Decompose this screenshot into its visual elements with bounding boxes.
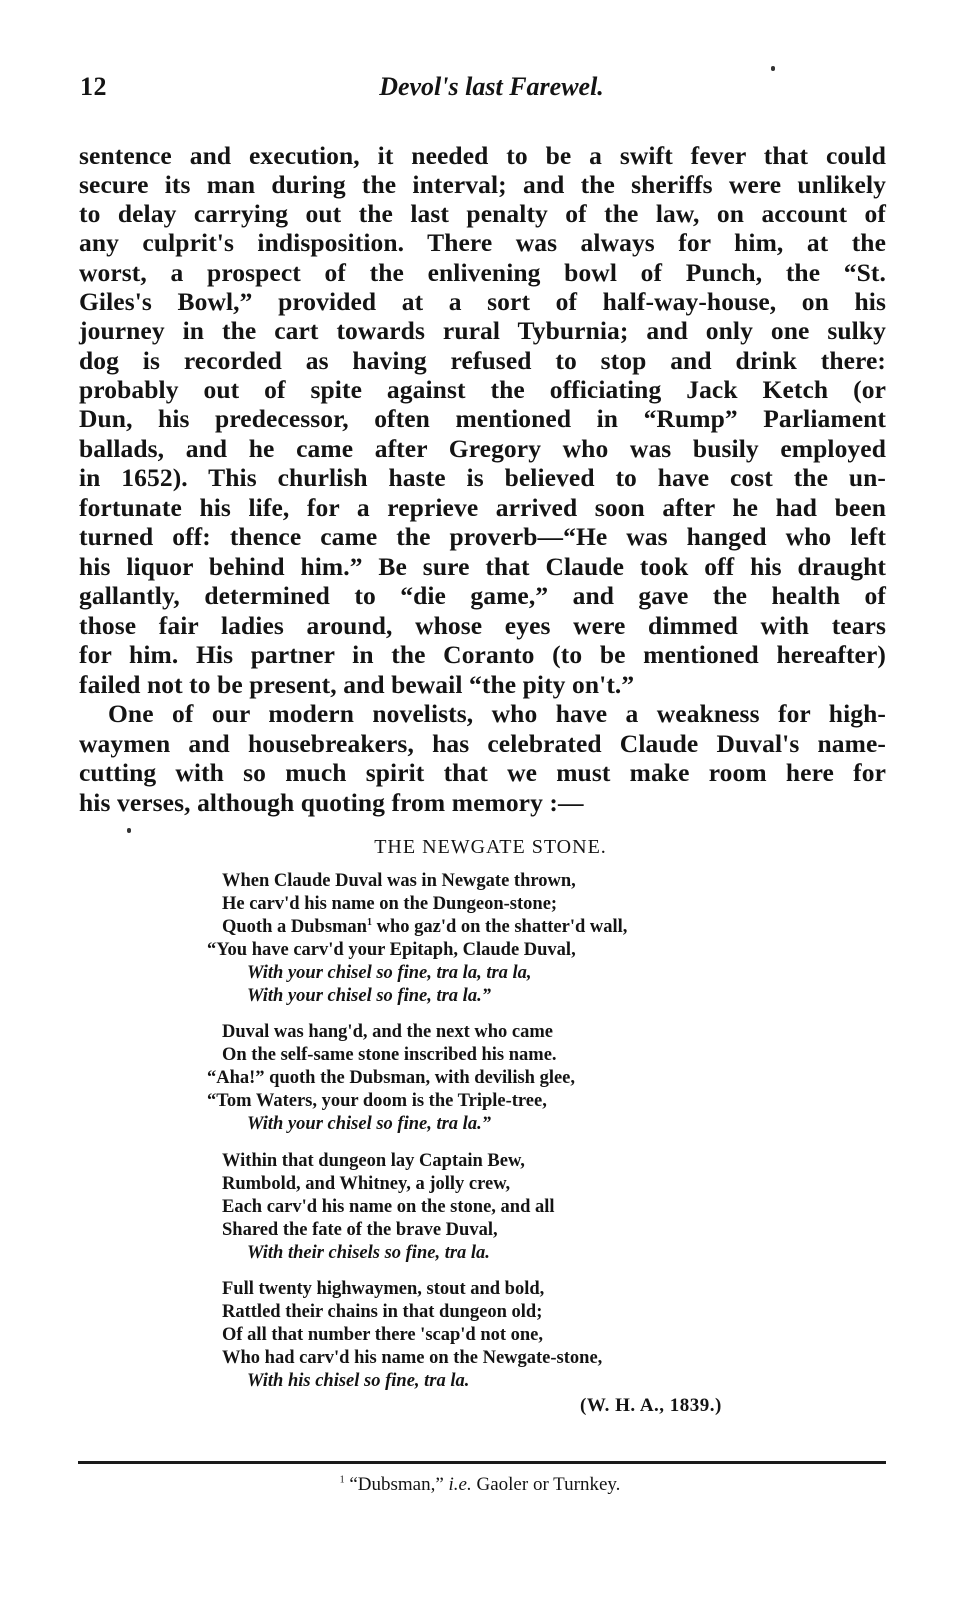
- footnote-marker: 1: [340, 1475, 345, 1486]
- poem-line: Of all that number there 'scap'd not one…: [222, 1324, 543, 1347]
- prose-line: journey in the cart towards rural Tyburn…: [79, 316, 886, 345]
- prose-line: those fair ladies around, whose eyes wer…: [79, 611, 886, 640]
- poem-line-text: Quoth a Dubsman: [222, 917, 367, 937]
- poem-line: Full twenty highwaymen, stout and bold,: [222, 1278, 544, 1301]
- prose-line: his liquor behind him.” Be sure that Cla…: [79, 552, 886, 581]
- prose-line: ballads, and he came after Gregory who w…: [79, 434, 886, 463]
- poem-line: Within that dungeon lay Captain Bew,: [222, 1150, 525, 1173]
- prose-line: secure its man during the interval; and …: [79, 170, 886, 199]
- prose-line: to delay carrying out the last penalty o…: [79, 199, 886, 228]
- print-speck: [127, 828, 131, 833]
- poem-line: “Tom Waters, your doom is the Triple-tre…: [207, 1090, 547, 1113]
- prose-line: dog is recorded as having refused to sto…: [79, 346, 886, 375]
- prose-line: Giles's Bowl,” provided at a sort of hal…: [79, 287, 886, 316]
- poem-line: On the self-same stone inscribed his nam…: [222, 1044, 557, 1067]
- poem-refrain: With your chisel so fine, tra la.”: [247, 985, 491, 1008]
- poem-line: Shared the fate of the brave Duval,: [222, 1219, 498, 1242]
- prose-line: Dun, his predecessor, often mentioned in…: [79, 404, 886, 433]
- prose-line: any culprit's indisposition. There was a…: [79, 228, 886, 257]
- prose-line: One of our modern novelists, who have a …: [108, 699, 886, 728]
- poem-line: “Aha!” quoth the Dubsman, with devilish …: [207, 1067, 575, 1090]
- poem-attribution: (W. H. A., 1839.): [580, 1395, 722, 1417]
- prose-line: in 1652). This churlish haste is believe…: [79, 463, 886, 492]
- running-title: Devol's last Farewel.: [0, 72, 975, 102]
- poem-line: Rumbold, and Whitney, a jolly crew,: [222, 1173, 510, 1196]
- print-speck: [771, 66, 775, 71]
- poem-line: Rattled their chains in that dungeon old…: [222, 1301, 542, 1324]
- poem-line-text: who gaz'd on the shatter'd wall,: [372, 917, 627, 937]
- footnote-abbrev: i.e.: [449, 1474, 472, 1495]
- poem-refrain: With your chisel so fine, tra la, tra la…: [247, 962, 532, 985]
- poem-line: He carv'd his name on the Dungeon-stone;: [222, 893, 557, 916]
- poem-line: Duval was hang'd, and the next who came: [222, 1021, 553, 1044]
- prose-line: failed not to be present, and bewail “th…: [79, 670, 886, 699]
- prose-line: probably out of spite against the offici…: [79, 375, 886, 404]
- poem-refrain: With your chisel so fine, tra la.”: [247, 1113, 491, 1136]
- prose-line: fortunate his life, for a reprieve arriv…: [79, 493, 886, 522]
- poem-line: Quoth a Dubsman1 who gaz'd on the shatte…: [222, 916, 627, 939]
- footnote-definition: Gaoler or Turnkey.: [477, 1474, 621, 1495]
- poem-line: When Claude Duval was in Newgate thrown,: [222, 870, 576, 893]
- prose-line: waymen and housebreakers, has celebrated…: [79, 729, 886, 758]
- prose-line: sentence and execution, it needed to be …: [79, 141, 886, 170]
- poem-refrain: With their chisels so fine, tra la.: [247, 1242, 490, 1265]
- prose-line: worst, a prospect of the enlivening bowl…: [79, 258, 886, 287]
- prose-line: for him. His partner in the Coranto (to …: [79, 640, 886, 669]
- prose-line: turned off: thence came the proverb—“He …: [79, 522, 886, 551]
- footnote: 1 “Dubsman,” i.e. Gaoler or Turnkey.: [0, 1474, 975, 1496]
- prose-line: cutting with so much spirit that we must…: [79, 758, 886, 787]
- poem-line: Who had carv'd his name on the Newgate-s…: [222, 1347, 602, 1370]
- poem-title: THE NEWGATE STONE.: [0, 836, 975, 859]
- prose-line: gallantly, determined to “die game,” and…: [79, 581, 886, 610]
- prose-line: his verses, although quoting from memory…: [79, 788, 886, 817]
- footnote-term: “Dubsman,”: [349, 1474, 443, 1495]
- poem-line: Each carv'd his name on the stone, and a…: [222, 1196, 555, 1219]
- poem-refrain: With his chisel so fine, tra la.: [247, 1370, 469, 1393]
- footnote-rule: [78, 1461, 886, 1464]
- poem-line: “You have carv'd your Epitaph, Claude Du…: [207, 939, 576, 962]
